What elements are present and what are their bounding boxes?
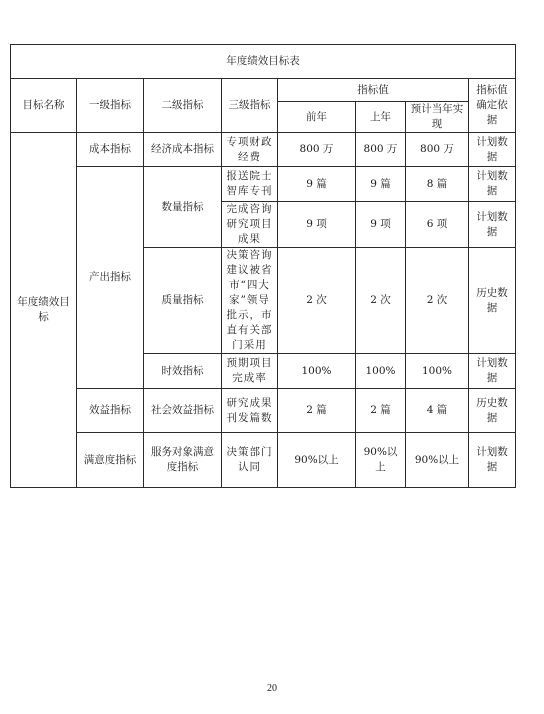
expected-cell: 4 篇 [406, 389, 469, 433]
level3-cell: 专项财政经费 [222, 133, 278, 167]
goal-name-cell: 年度绩效目标 [11, 133, 77, 488]
level2-cell: 数量指标 [144, 167, 222, 248]
level3-cell: 决策部门认同 [222, 433, 278, 488]
basis-cell: 历史数据 [469, 248, 516, 354]
table-title-row: 年度绩效目标表 [11, 45, 516, 79]
prev-prev-year-cell: 90%以上 [278, 433, 356, 488]
table-row: 产出指标 数量指标 报送院士智库专刊 9 篇 9 篇 8 篇 计划数据 [11, 167, 516, 202]
table-row: 效益指标 社会效益指标 研究成果刊发篇数 2 篇 2 篇 4 篇 历史数据 [11, 389, 516, 433]
header-expected-this-year: 预计当年实现 [406, 102, 469, 133]
expected-cell: 800 万 [406, 133, 469, 167]
header-level2: 二级指标 [144, 79, 222, 133]
header-level3: 三级指标 [222, 79, 278, 133]
header-basis: 指标值确定依据 [469, 79, 516, 133]
document-page: 年度绩效目标表 目标名称 一级指标 二级指标 三级指标 指标值 指标值确定依据 … [0, 0, 544, 714]
prev-prev-year-cell: 9 项 [278, 202, 356, 248]
header-indicator-value: 指标值 [278, 79, 469, 102]
table-row: 满意度指标 服务对象满意度指标 决策部门认同 90%以上 90%以上 90%以上… [11, 433, 516, 488]
performance-goal-table: 年度绩效目标表 目标名称 一级指标 二级指标 三级指标 指标值 指标值确定依据 … [10, 44, 516, 488]
last-year-cell: 2 次 [356, 248, 406, 354]
level2-cell: 质量指标 [144, 248, 222, 354]
basis-cell: 计划数据 [469, 354, 516, 389]
last-year-cell: 800 万 [356, 133, 406, 167]
header-goal-name: 目标名称 [11, 79, 77, 133]
prev-prev-year-cell: 2 篇 [278, 389, 356, 433]
level1-cell: 产出指标 [77, 167, 144, 389]
prev-prev-year-cell: 800 万 [278, 133, 356, 167]
last-year-cell: 2 篇 [356, 389, 406, 433]
header-level1: 一级指标 [77, 79, 144, 133]
header-last-year: 上年 [356, 102, 406, 133]
level1-cell: 满意度指标 [77, 433, 144, 488]
basis-cell: 计划数据 [469, 433, 516, 488]
table-row: 年度绩效目标 成本指标 经济成本指标 专项财政经费 800 万 800 万 80… [11, 133, 516, 167]
expected-cell: 2 次 [406, 248, 469, 354]
prev-prev-year-cell: 100% [278, 354, 356, 389]
table-title: 年度绩效目标表 [11, 45, 516, 79]
level3-cell: 决策咨询建议被省市“四大家”领导批示，市直有关部门采用 [222, 248, 278, 354]
last-year-cell: 90%以上 [356, 433, 406, 488]
level2-cell: 时效指标 [144, 354, 222, 389]
last-year-cell: 9 项 [356, 202, 406, 248]
level3-cell: 预期项目完成率 [222, 354, 278, 389]
level1-cell: 效益指标 [77, 389, 144, 433]
basis-cell: 历史数据 [469, 389, 516, 433]
basis-cell: 计划数据 [469, 133, 516, 167]
level3-cell: 研究成果刊发篇数 [222, 389, 278, 433]
level3-cell: 完成咨询研究项目成果 [222, 202, 278, 248]
expected-cell: 8 篇 [406, 167, 469, 202]
level3-cell: 报送院士智库专刊 [222, 167, 278, 202]
level2-cell: 社会效益指标 [144, 389, 222, 433]
level1-cell: 成本指标 [77, 133, 144, 167]
expected-cell: 100% [406, 354, 469, 389]
basis-cell: 计划数据 [469, 167, 516, 202]
prev-prev-year-cell: 2 次 [278, 248, 356, 354]
header-prev-prev-year: 前年 [278, 102, 356, 133]
level2-cell: 服务对象满意度指标 [144, 433, 222, 488]
last-year-cell: 9 篇 [356, 167, 406, 202]
basis-cell: 计划数据 [469, 202, 516, 248]
expected-cell: 90%以上 [406, 433, 469, 488]
prev-prev-year-cell: 9 篇 [278, 167, 356, 202]
expected-cell: 6 项 [406, 202, 469, 248]
level2-cell: 经济成本指标 [144, 133, 222, 167]
page-number: 20 [0, 683, 544, 694]
header-row: 目标名称 一级指标 二级指标 三级指标 指标值 指标值确定依据 [11, 79, 516, 102]
last-year-cell: 100% [356, 354, 406, 389]
